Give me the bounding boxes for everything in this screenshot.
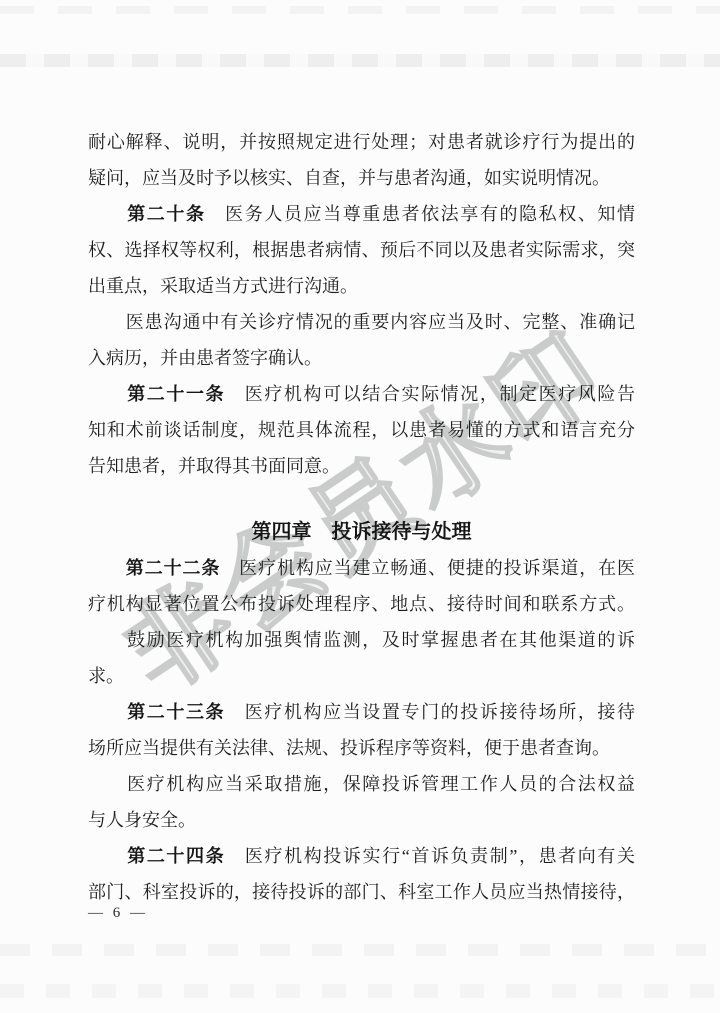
text-segment: 医疗机构应当采取措施，保障投诉管理工作人员的合法权益 [88, 774, 635, 794]
page-number: — 6 — [88, 905, 148, 922]
article-number: 第四章 投诉接待与处理 [252, 521, 472, 543]
text-segment: 出重点，采取适当方式进行沟通。 [88, 276, 358, 296]
text-line: 知和术前谈话制度，规范具体流程，以患者易懂的方式和语言充分 [88, 412, 635, 448]
text-segment: 入病历，并由患者签字确认。 [88, 348, 322, 368]
text-segment: 耐心解释、说明，并按照规定进行处理；对患者就诊疗行为提出的 [88, 132, 635, 152]
article-number: 第二十四条 [127, 846, 225, 866]
text-line: 第二十二条 医疗机构应当建立畅通、便捷的投诉渠道，在医 [88, 550, 635, 586]
text-line: 第二十三条 医疗机构应当设置专门的投诉接待场所，接待 [88, 694, 635, 730]
text-segment [88, 702, 127, 722]
chapter-heading: 第四章 投诉接待与处理 [88, 514, 635, 550]
text-segment: 疑问，应当及时予以核实、自查，并与患者沟通，如实说明情况。 [88, 168, 610, 188]
text-line: 入病历，并由患者签字确认。 [88, 340, 635, 376]
text-line: 第二十条 医务人员应当尊重患者依法享有的隐私权、知情 [88, 196, 635, 232]
text-line: 求。 [88, 658, 635, 694]
article-number: 第二十三条 [127, 702, 225, 722]
article-number: 第二十条 [127, 204, 205, 224]
text-segment [88, 384, 127, 404]
text-segment: 医务人员应当尊重患者依法享有的隐私权、知情 [206, 204, 635, 224]
text-line: 与人身安全。 [88, 802, 635, 838]
text-segment: 与人身安全。 [88, 810, 196, 830]
text-line: 医疗机构应当采取措施，保障投诉管理工作人员的合法权益 [88, 766, 635, 802]
document-page: 非会员水印 耐心解释、说明，并按照规定进行处理；对患者就诊疗行为提出的疑问，应当… [0, 0, 720, 1013]
text-line: 第二十一条 医疗机构可以结合实际情况，制定医疗风险告 [88, 376, 635, 412]
text-line: 场所应当提供有关法律、法规、投诉程序等资料，便于患者查询。 [88, 730, 635, 766]
text-segment: 知和术前谈话制度，规范具体流程，以患者易懂的方式和语言充分 [88, 420, 635, 440]
text-segment: 权、选择权等权利，根据患者病情、预后不同以及患者实际需求，突 [88, 240, 635, 260]
text-line: 权、选择权等权利，根据患者病情、预后不同以及患者实际需求，突 [88, 232, 635, 268]
text-segment: 告知患者，并取得其书面同意。 [88, 456, 340, 476]
text-line: 鼓励医疗机构加强舆情监测，及时掌握患者在其他渠道的诉 [88, 622, 635, 658]
scan-artifact-band [0, 984, 720, 998]
text-segment: 鼓励医疗机构加强舆情监测，及时掌握患者在其他渠道的诉 [88, 630, 635, 650]
text-segment [88, 204, 127, 224]
text-segment: 医疗机构应当设置专门的投诉接待场所，接待 [225, 702, 635, 722]
text-line: 部门、科室投诉的，接待投诉的部门、科室工作人员应当热情接待， [88, 874, 635, 910]
text-line: 医患沟通中有关诊疗情况的重要内容应当及时、完整、准确记 [88, 304, 635, 340]
text-segment: 医患沟通中有关诊疗情况的重要内容应当及时、完整、准确记 [88, 312, 635, 332]
text-line: 疗机构显著位置公布投诉处理程序、地点、接待时间和联系方式。 [88, 586, 635, 622]
text-segment [88, 558, 126, 578]
text-line: 告知患者，并取得其书面同意。 [88, 448, 635, 484]
text-segment [88, 846, 127, 866]
document-content: 耐心解释、说明，并按照规定进行处理；对患者就诊疗行为提出的疑问，应当及时予以核实… [88, 124, 635, 910]
text-line: 耐心解释、说明，并按照规定进行处理；对患者就诊疗行为提出的 [88, 124, 635, 160]
article-number: 第二十一条 [127, 384, 225, 404]
article-number: 第二十二条 [126, 558, 220, 578]
text-segment: 医疗机构投诉实行“首诉负责制”，患者向有关 [225, 846, 635, 866]
text-line: 第二十四条 医疗机构投诉实行“首诉负责制”，患者向有关 [88, 838, 635, 874]
scan-artifact-band [0, 6, 720, 14]
text-segment: 场所应当提供有关法律、法规、投诉程序等资料，便于患者查询。 [88, 738, 610, 758]
text-segment: 医疗机构可以结合实际情况，制定医疗风险告 [225, 384, 635, 404]
text-segment: 疗机构显著位置公布投诉处理程序、地点、接待时间和联系方式。 [88, 594, 635, 614]
text-line: 疑问，应当及时予以核实、自查，并与患者沟通，如实说明情况。 [88, 160, 635, 196]
text-segment: 医疗机构应当建立畅通、便捷的投诉渠道，在医 [220, 558, 635, 578]
text-segment: 部门、科室投诉的，接待投诉的部门、科室工作人员应当热情接待， [88, 882, 635, 902]
text-segment: 求。 [88, 666, 124, 686]
scan-artifact-band [0, 944, 720, 956]
scan-artifact-band [0, 54, 720, 67]
text-line: 出重点，采取适当方式进行沟通。 [88, 268, 635, 304]
